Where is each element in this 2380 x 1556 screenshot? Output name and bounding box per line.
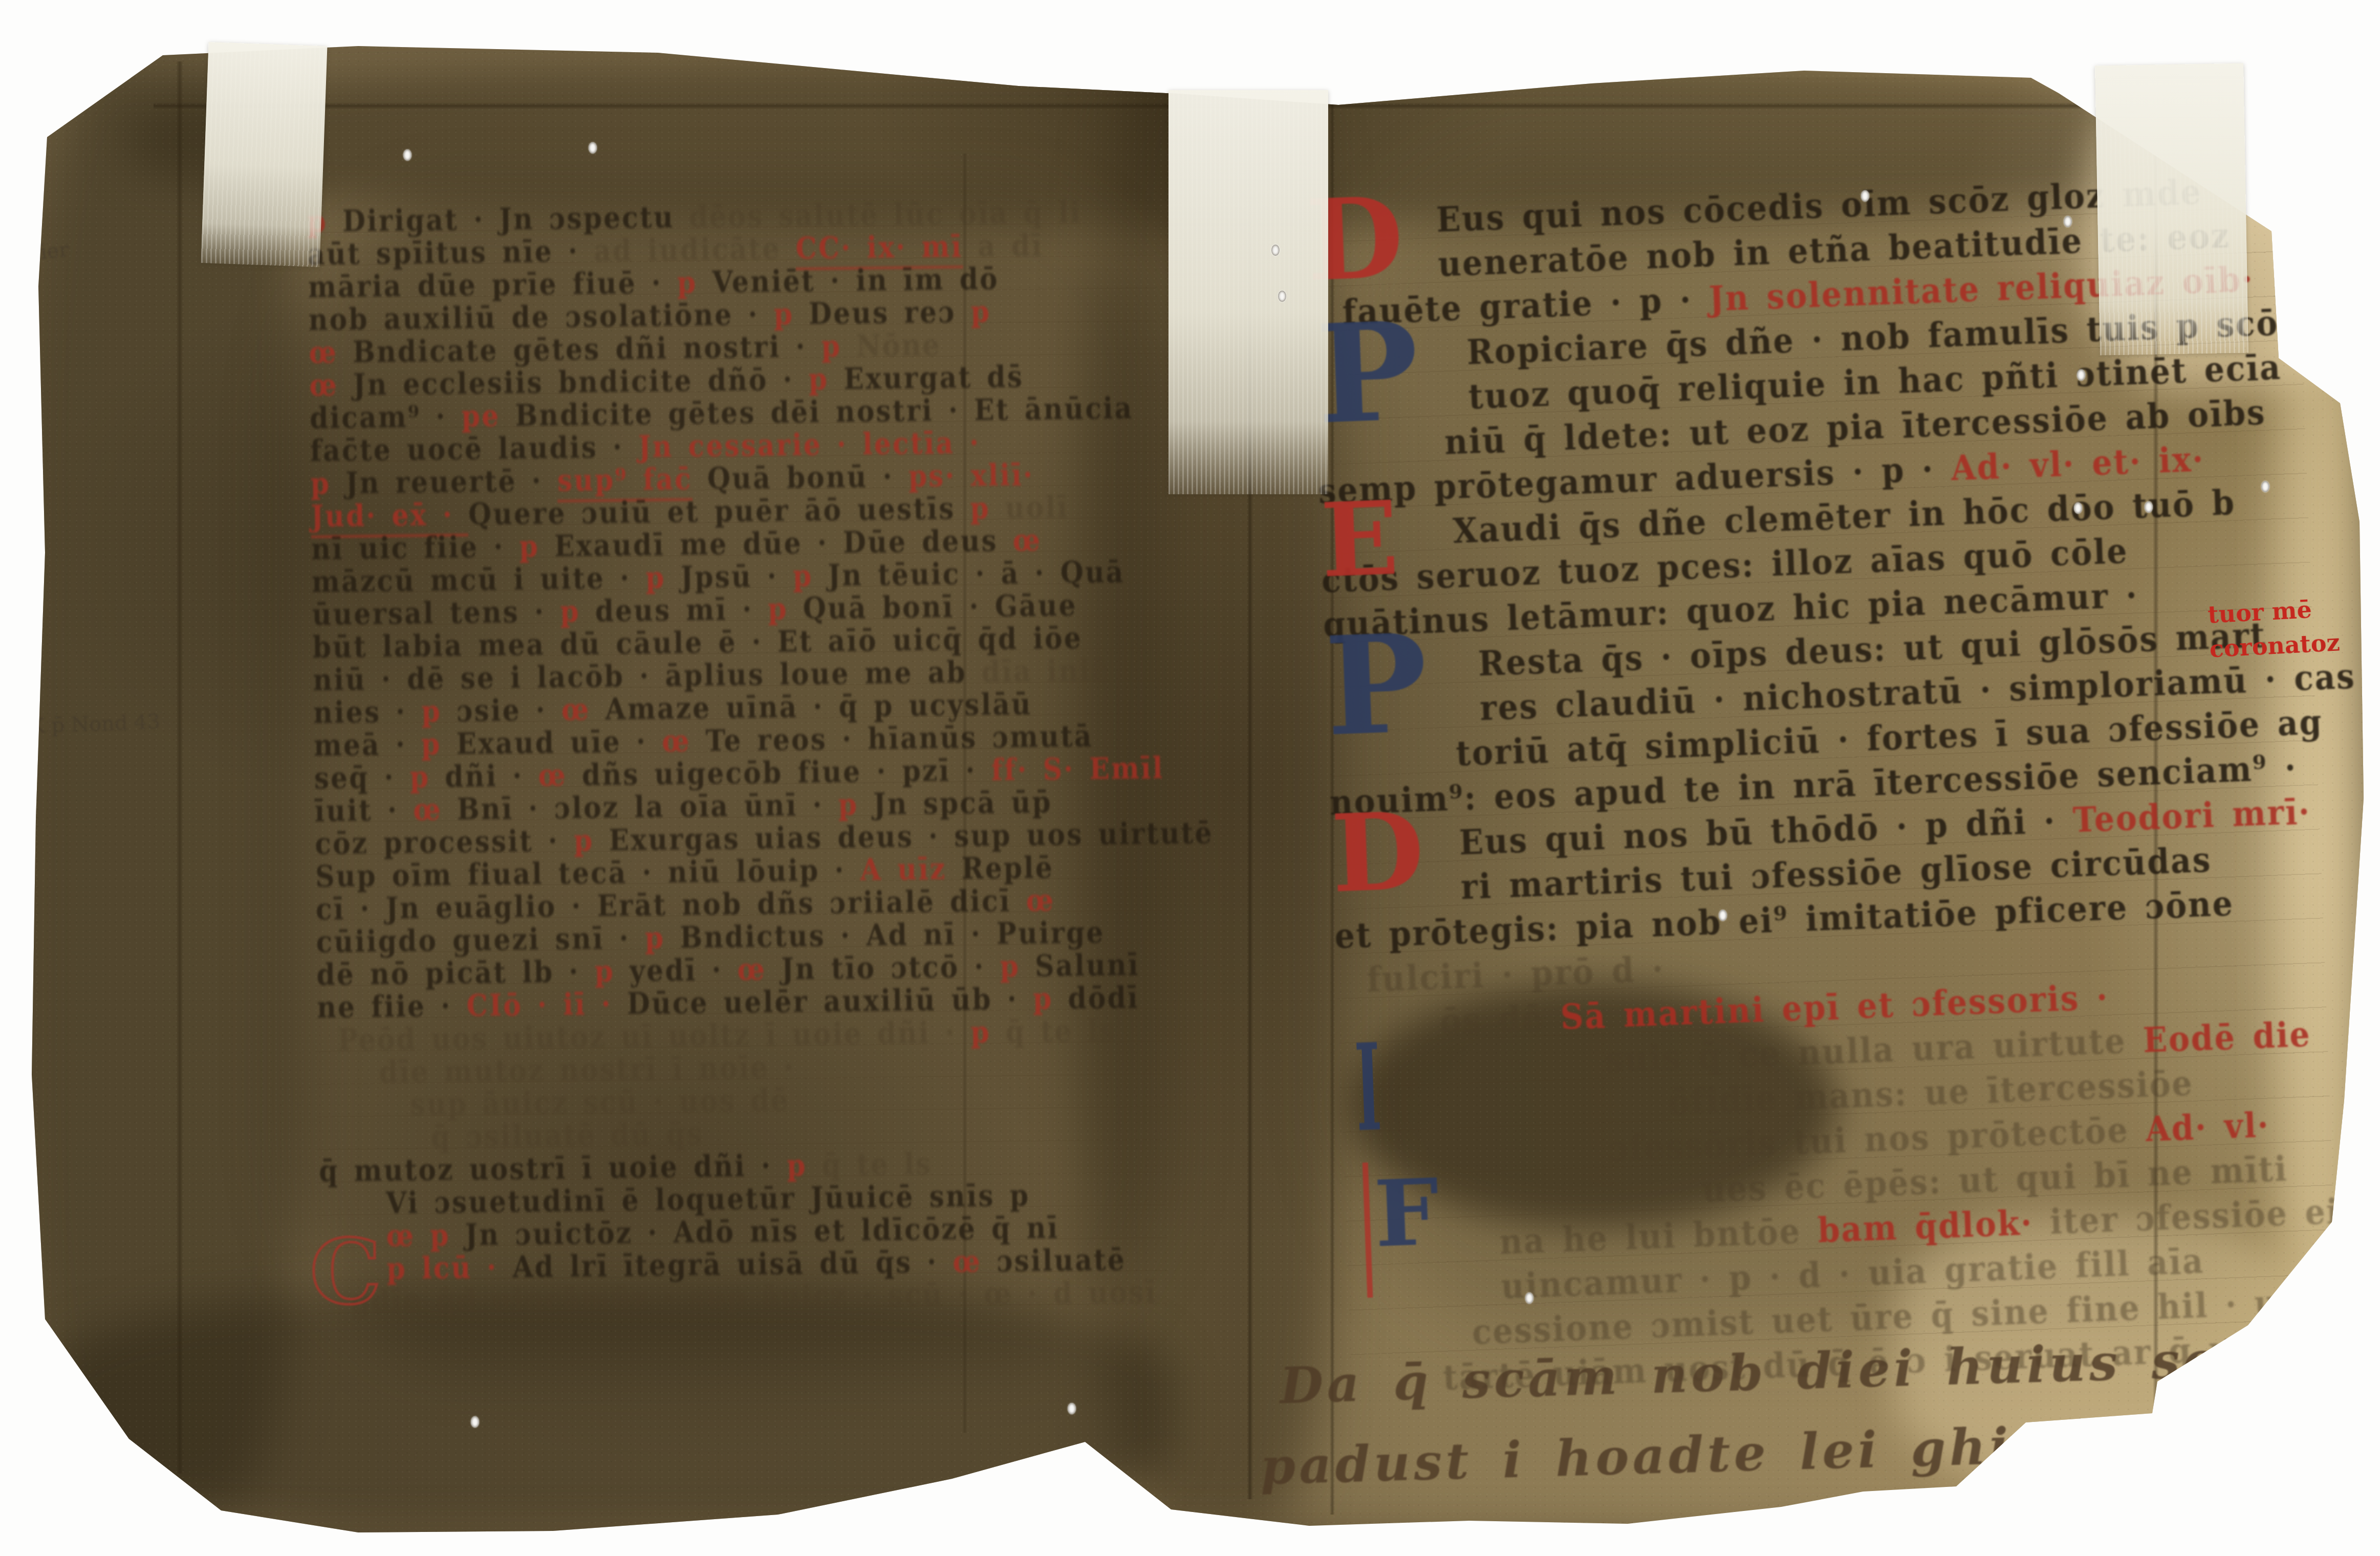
ink-run: Xaudi q̄s dñe clemēter in hōc dōo tuō b [1452,481,2236,551]
text-line: q̄ mutoz uostrī ī uoie dñi · p q̄ te ls [319,1147,933,1189]
text-line: dīe mutoz nostrī ī noīe · [379,1050,795,1089]
ink-run: ōs dē [1439,996,1561,1042]
text-line: fac̄te uocē laudis · Jn cessarie · lectī… [310,426,980,468]
ink-run: Resta q̄s · oīps deus: ut qui glōsōs mar… [1478,614,2267,684]
wormhole [2145,501,2153,513]
manuscript-scan: p Dirigat · Jn ɔspectu dēos salutē lūc o… [0,0,2380,1556]
text-line: tuoz quoq̄ reliquie in hac pñti ɔtinēt e… [1468,346,2282,417]
rubric-run: œ [953,1244,982,1279]
ink-run: īuit · [314,793,413,828]
ink-run: būt labia mea dū cāule ē · Et aīō uicq̄ … [312,621,1083,665]
ruling-left-page [305,190,1169,1321]
ink-run: Quere ɔuiū et puēr āō uestīs [468,491,970,532]
ink-run: q̄ ɔsiluatē dū q̄s [431,1117,703,1155]
rubric-run: œ [561,692,590,727]
rubric-run: œ [1012,523,1042,558]
ink-run: dñs uigecōb fiue · pzī · [567,753,991,793]
stain-left-column [20,61,307,1509]
ink-run: Jpsū · [665,559,793,595]
ink-run: dīa iniā [981,653,1110,689]
ink-run: Bndicite gētes dēi nostri · Et ānūcia [515,391,1134,433]
wormhole [2074,502,2082,514]
left-page-text: p Dirigat · Jn ɔspectu dēos salutē lūc o… [307,194,1181,1355]
ink-run: suis q̄ ce nulla ura uirtute [1605,1019,2144,1080]
crease-gutter-b [1330,82,1335,1515]
text-line: ūuersal tens · p deus mī · p Quā bonī · … [312,588,1077,632]
text-line: Jud· ex̄ · Quere ɔuiū et puēr āō uestīs … [311,490,1069,534]
text-line: ōs dē Sā martini epī et ɔfessoris · [1439,976,2109,1042]
rubric-run: Eodē die [2142,1013,2311,1060]
rubric-run: p [677,266,698,300]
text-line: niū · dē se i lacōb · āplius loue me ab … [313,653,1110,697]
ink-run: Vi ɔsuetudinī ē loquetūr Jūuicē snīs p [385,1178,1030,1220]
ink-run: q̄ mutoz uostrī ī uoie dñi · [319,1149,787,1189]
ink-run: cōz processit · [315,824,574,861]
ink-run: seq̄ · [314,760,410,796]
rubric-run: sup⁹ fac̄ [557,462,693,502]
text-line: meā · p Exaud uīe · œ Te reos · hīanūs ɔ… [314,719,1094,763]
margin-scribble: lier [33,238,70,265]
text-line: Eus qui nos cōcedis oīm scōz gloz mde [1436,171,2203,240]
text-line: Eus qui nos bū thōdō · p dñi · Teodori m… [1458,791,2311,863]
ink-run: nī uic fiie · [311,530,520,566]
rubric-run: Ad· vl· [2145,1104,2270,1149]
ink-run: Sup oīm fiual tecā · niū lōuip · [315,853,861,894]
rubric-run: Sā martini epī et ɔfessoris · [1560,976,2109,1038]
text-line: quātinus letāmur: quoz hic pia necāmur · [1323,574,2139,645]
wormhole [2064,216,2072,227]
rubric-run: œ [413,793,442,827]
rubric-run: p [773,297,794,332]
text-line: niū q̄ ldete: ut eoz pia ītercessiōe ab … [1444,391,2267,463]
rubric-run: p [409,760,430,795]
ink-run: Exurgas uias deus · sup uos uirtutē [594,816,1214,858]
ink-run: Peōd uos uiutoz uī uoltz ī uoie dñi · [338,1015,971,1057]
text-line: nies · p ɔsie · œ Amaze uīnā · q̄ p ucys… [313,687,1032,730]
ink-run: Deus reɔ [794,295,971,331]
ink-run: ɔsiluatē [981,1243,1126,1279]
wormhole [2077,369,2085,381]
rubric-run: p [421,694,442,729]
rubric-run: bam q̄dlok· [1817,1201,2034,1251]
cursive-inscription-line-2: padust i hoadte lei ghi co rū rup̄ [1260,1407,2353,1497]
text-line: na he lui bntōe bam q̄dlok· iter ɔfessiō… [1499,1188,2380,1262]
ink-run: aūt spīitus nīe · [308,234,594,272]
rubric-run: CC· ix· mī [795,229,963,270]
text-line: māzcū mcū i uite · p Jpsū · p Jn tēuic ·… [312,555,1125,600]
margin-scribble: K p̄ Nond 43 [29,710,160,738]
tape-top-right [2095,63,2248,356]
ink-run: gdīe q̄d uincāmūz · sup āuicz · scū · œ … [351,1275,1157,1319]
wormhole [1525,1292,1533,1304]
ink-run: Salunī [1020,948,1140,983]
text-line: gdīe q̄d uincāmūz · sup āuicz · scū · œ … [351,1275,1157,1319]
rubric-run: p [821,329,841,364]
ink-run: niū · dē se i lacōb · āplius loue me ab [313,655,982,697]
light-right-margin [2273,215,2380,1341]
ink-run: dōdī [1053,980,1139,1016]
ink-run: uincamur · p · d · uia gratie fill aīa [1500,1240,2205,1307]
rubric-run: p [787,1148,807,1183]
ink-run: na he lui bntōe [1499,1210,1819,1262]
rubric-run: ff· S· Emīl [991,751,1164,787]
illuminated-initial-D: D [1330,810,1425,896]
cursive-inscription-line-1: Da q̄ scām nob diei huius sollēm [1279,1327,2359,1416]
rubric-run: Jn cessarie · lectīa · [638,426,981,464]
text-line: cūiigdo guezi snī · p Bndictus · Ad nī ·… [316,915,1105,959]
rubric-run: p [421,727,442,762]
tape-top-left [201,42,328,267]
rubric-run: œ p [386,1218,465,1253]
ink-run: ūuersal tens · [312,595,560,632]
rubric-run: œ [309,335,353,370]
text-line: nouim⁹: eos apud te in nrā ītercessiōe s… [1329,747,2298,823]
text-line: et prōtegis: pia nob ei⁹ imitatiōe pfice… [1334,883,2235,957]
wormhole [1271,245,1280,256]
text-line: ne fiie · CIō · iī · Dūce uelēr auxiliū … [317,980,1139,1025]
ink-run: Ad lrī ītegrā uisā dū q̄s · [512,1245,953,1285]
ink-run: Jn ecclesiis bndicite dñō · [353,362,809,402]
ink-run: semp prōtegamur aduersis · p · [1317,447,1952,512]
ink-run: Nōne [841,328,941,363]
ink-run: ues ēc ēpēs: ut qui bī ne mīti [1702,1148,2288,1210]
text-line: œ p Jn ɔuictōz · Adō nīs et ldīcōzē q̄ n… [386,1211,1059,1253]
text-line: q̄ ɔsiluatē dū q̄s [431,1117,703,1155]
rubric-run: p [574,823,594,858]
text-line: Sup oīm fiual tecā · niū lōuip · A uīz R… [315,850,1054,894]
text-line: œ Bndicate gētes dñi nostri · p Nōne [309,328,941,370]
rubric-run: œ [1026,883,1055,918]
text-line: Xaudi q̄s dñe clemēter in hōc dōo tuō b [1452,481,2236,551]
ink-run: Te reos · hīanūs ɔmutā [690,719,1093,758]
text-line: semp prōtegamur aduersis · p · Ad· vl· e… [1317,438,2205,512]
initial-stem [1362,1163,1373,1298]
rubric-run: Teodori mrī· [2072,791,2311,840]
illuminated-initial-P: P [1324,631,1430,740]
wormhole [1719,910,1727,921]
ink-run: Amaze uīnā · q̄ p ucyslāū [590,687,1032,727]
text-line: Vi ɔsuetudinī ē loquetūr Jūuicē snīs p [385,1178,1030,1220]
text-line: ri martiris tui ɔfessiōe glīose circūdas [1460,839,2213,907]
ink-run: niū q̄ ldete: ut eoz pia ītercessiōe ab … [1444,391,2267,463]
ink-run: nies · [313,694,422,730]
ink-run: quātinus letāmur: quoz hic pia necāmur · [1323,574,2139,645]
ink-run: Dūce uelēr auxiliū ūb · [627,982,1033,1021]
ink-run: ɔsie · [441,693,561,729]
light-bottom-right [1894,1218,2303,1484]
text-line: toriū atq̄ simpliciū · fortes ī sua ɔfes… [1455,701,2323,774]
text-line: cī · Jn euāglio · Erāt nob dñs ɔriialē d… [315,883,1055,927]
ink-run: fauēte gratie · p · [1342,278,1710,333]
ink-run: cessione ɔmist uet ūre q̄ sine fine hil … [1472,1280,2331,1352]
text-line: p Jn reuertē · sup⁹ fac̄ Quā bonū · ps· … [310,458,1034,501]
right-page-text: Eus qui nos cōcedis oīm scōz gloz mdeuen… [1308,166,2371,1456]
text-line: īuit · œ Bnī · ɔloz la oīa ūnī · p Jn sp… [314,785,1052,828]
ink-run: cūiigdo guezi snī · [316,921,645,959]
text-line: māria dūe prīe fiuē · p Veniēt · in īm d… [308,262,999,305]
ink-run: Dirigat · Jn ɔspectu [342,200,689,238]
rubric-run: p [560,595,580,629]
margin-note-line: tuor mē [2207,591,2339,632]
ink-run: ri martiris tui ɔfessiōe glīose circūdas [1460,839,2213,907]
stain-bottom-left [46,1289,1172,1530]
wormhole [1278,291,1286,302]
ink-run: tārtē uiām uost dū q̄ ē ɔ i seruat ar q̄… [1442,1324,2331,1398]
text-line: cōz processit · p Exurgas uias deus · su… [315,816,1214,861]
ink-run: Replē [961,850,1054,886]
text-line: nī uic fiie · p Exaudī me dūe · Dūe deus… [311,523,1042,567]
rubric-run: p [768,592,788,627]
ink-run: a dī [963,228,1044,264]
wormhole [1861,190,1869,202]
ink-run: dñi · [430,759,538,795]
ink-run: ɔfessōris tui nos prōtectōe [1608,1108,2147,1169]
ink-run: dicam⁹ · [310,399,462,435]
stain-left-page [287,194,1167,1361]
ink-run: Quā bonū · [692,459,908,496]
ink-run: fac̄te uocē laudis · [310,430,638,468]
text-line: uincamur · p · d · uia gratie fill aīa [1500,1240,2205,1307]
illuminated-initial-E: E [1319,499,1399,581]
ink-run: ctōs seruoz tuoz pces: illoz aīas quō cō… [1321,530,2129,601]
crease-left-page-mid [962,154,967,1433]
rubric-run: p [519,530,539,564]
rubric-run: œ [662,724,691,759]
rubric-run: pe [461,399,515,433]
text-line: ōfidīe mans: ue ītercessiōe [1668,1062,2194,1123]
rubric-run: p [970,1015,991,1050]
text-line: Peōd uos uiutoz uī uoltz ī uoie dñi · p … [338,1014,1116,1058]
stain-right-dark-blotch [1351,982,1837,1228]
text-line: res claudiū · nichostratū · simploriamū … [1479,655,2356,729]
text-line: būt labia mea dū cāule ē · Et aīō uicq̄ … [312,621,1083,665]
rubric-run: p lcū · [386,1250,513,1286]
ink-run: Jn reuertē · [331,464,558,501]
ink-run: fulciri · prō d · [1366,948,1665,1000]
tape-top-center [1169,90,1328,494]
text-line: p lcū · Ad lrī ītegrā uisā dū q̄s · œ ɔs… [386,1243,1126,1286]
text-line: ɔfessōris tui nos prōtectōe Ad· vl· [1608,1104,2270,1169]
ink-run: sup āuicz scū · uos dē [410,1083,789,1122]
ink-run: yedī · [614,953,738,989]
rubric-run: p [808,362,829,397]
rubric-run: p [594,954,615,989]
text-line: aūt spīitus nīe · ad iudicāte CC· ix· mī… [308,228,1044,272]
rubric-run: œ [737,952,766,987]
ink-run: dē nō picāt lb · [316,954,595,992]
text-line: ues ēc ēpēs: ut qui bī ne mīti [1702,1148,2288,1210]
rubric-run: p [970,491,990,526]
wormhole [1068,1403,1076,1414]
ink-run: res claudiū · nichostratū · simploriamū … [1479,655,2356,729]
ink-run: Bndictus · Ad nī · Puirge [665,915,1105,955]
illuminated-initial-P: P [1315,319,1421,428]
text-line: fulciri · prō d · [1366,948,1665,1000]
ink-run: Jn spcā ūp̄ [858,785,1053,822]
ink-run: uolī [990,490,1069,525]
text-line: cessione ɔmist uet ūre q̄ sine fine hil … [1472,1280,2331,1352]
wormhole [2261,481,2269,492]
text-line: p Dirigat · Jn ɔspectu dēos salutē lūc o… [307,195,1082,239]
rubric-run: ps· xliī· [908,458,1034,494]
ink-run: Quā bonī · Gāue [788,588,1077,626]
ink-run: et prōtegis: pia nob ei⁹ imitatiōe pfice… [1334,883,2235,957]
ink-run: Eus qui nos cōcedis oīm scōz gloz mde [1436,171,2203,240]
ink-run: Exurgat ds̄ [829,360,1024,397]
ink-run: Veniēt · in īm dō [697,262,999,300]
margin-note-red: tuor mē coronatoz [2207,591,2341,666]
ink-run: nouim⁹: eos apud te in nrā ītercessiōe s… [1329,747,2298,823]
rubric-run: p [310,466,331,501]
text-line: œ Jn ecclesiis bndicite dñō · p Exurgat … [309,360,1024,403]
rubric-run: Ad· vl· et· ix· [1951,438,2205,488]
ink-run: cī · Jn euāglio · Erāt nob dñs ɔriialē d… [315,884,1026,927]
ink-run: Exaudī me dūe · Dūe deus [539,523,1013,563]
wormhole [403,149,412,161]
rubric-run: œ [309,368,353,403]
rubric-run: p [838,787,858,822]
illuminated-initial-C: C [310,1237,382,1308]
margin-note-line: coronatoz [2209,625,2341,666]
ink-run: ne fiie · [317,989,467,1025]
ink-run: māria dūe prīe fiuē · [308,266,678,304]
rubric-run: CIō · iī · [466,987,627,1023]
ink-run: q̄ te ls [990,1014,1116,1049]
ink-run: Bnī · ɔloz la oīa ūnī · [442,787,838,827]
ink-run: Jn tēuic · ā · Quā [813,555,1125,594]
text-line: nob auxiliū de ɔsolatiōne · p Deus reɔ p [308,295,991,337]
wormhole [471,1416,479,1428]
rubric-run: p [1000,949,1020,984]
ink-run: tuoz quoq̄ reliquie in hac pñti ɔtinēt e… [1468,346,2282,417]
ink-run: dīe mutoz nostrī ī noīe · [379,1050,795,1089]
text-line: ctōs seruoz tuoz pces: illoz aīas quō cō… [1321,530,2129,601]
ink-run: toriū atq̄ simpliciū · fortes ī sua ɔfes… [1455,701,2323,774]
text-line: sup āuicz scū · uos dē [410,1083,789,1122]
rubric-run: Jud· ex̄ · [311,497,468,538]
wormhole [589,142,597,154]
rubric-run: œ [538,758,567,793]
ink-run: Jn tīo ɔtcō · [766,950,1000,987]
ink-run: nob auxiliū de ɔsolatiōne · [308,297,774,337]
text-line: dicam⁹ · pe Bndicite gētes dēi nostri · … [310,391,1134,435]
text-line: dē nō picāt lb · p yedī · œ Jn tīo ɔtcō … [316,948,1140,992]
ink-run: Jn ɔuictōz · Adō nīs et ldīcōzē q̄ nī [465,1211,1059,1252]
text-line: suis q̄ ce nulla ura uirtute Eodē die [1605,1013,2311,1080]
ink-run: ōfidīe mans: ue ītercessiōe [1668,1062,2194,1123]
ink-run: māzcū mcū i uite · [312,561,646,599]
ink-run: ad iudicāte [594,231,796,268]
text-line: tārtē uiām uost dū q̄ ē ɔ i seruat ar q̄… [1442,1324,2331,1398]
ink-run: q̄ te ls [807,1147,933,1182]
rubric-run: A uīz [860,851,961,887]
ink-run: Eus qui nos bū thōdō · p dñi · [1458,799,2073,863]
ink-run: Bndicate gētes dñi nostri · [353,330,821,369]
illuminated-initial-F: F [1373,1177,1440,1250]
ink-run: deus mī · [580,592,768,629]
rubric-run: p [644,921,665,956]
text-line: seq̄ · p dñi · œ dñs uigecōb fiue · pzī … [314,751,1164,796]
crease-left-turnin [176,61,183,1474]
rubric-run: p [1033,981,1053,1016]
ink-run: meā · [314,727,422,763]
illuminated-initial-I: I [1354,1041,1382,1135]
rubric-run: p [793,559,813,594]
ink-run: iter ɔfessiōe eis ue [2032,1188,2380,1243]
ink-run: dēos salutē lūc oīa q̄ li [689,195,1082,234]
rubric-run: p [970,295,991,330]
text-line: Resta q̄s · oīps deus: ut qui glōsōs mar… [1478,614,2267,684]
ink-run: Exaud uīe · [441,725,662,761]
rubric-run: p [645,560,666,595]
